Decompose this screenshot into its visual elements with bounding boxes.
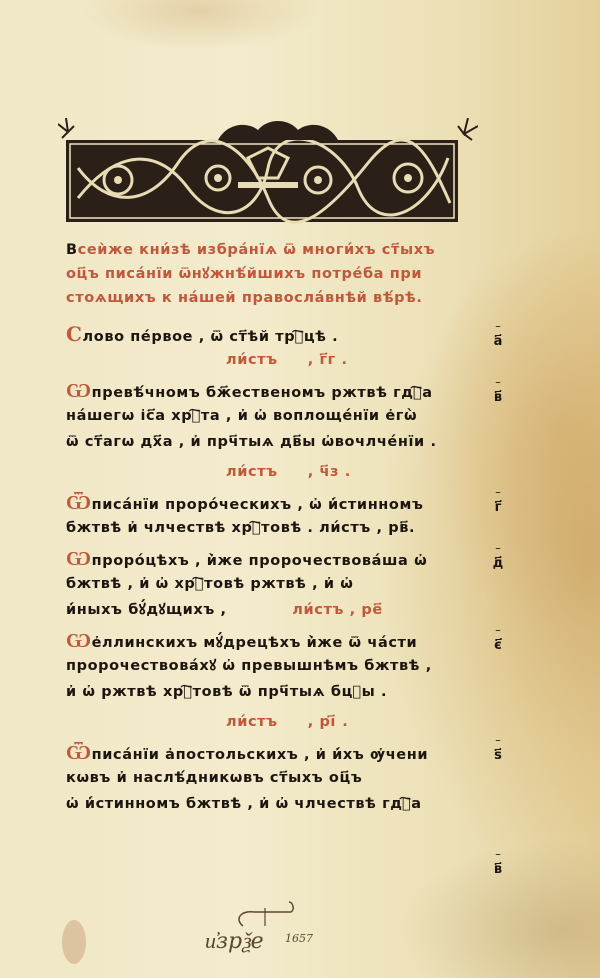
entry-5-folio: ли́стъ, рı҃ . (226, 712, 348, 732)
manuscript-inscription: и҆зрѯе 1657 (205, 900, 345, 960)
entry-3-line-1: Ѿписа́нїи проро́ческихъ , ѡ҆ и҆́стинномъ (66, 492, 423, 512)
entry-3-line-2: бжтвѣ и҆ члчествѣ хрⷭ҇товѣ . ли́стъ , рв… (66, 518, 415, 538)
initial-letter: Ѡ (66, 628, 92, 652)
margin-number-bottom: ‾в҃ (488, 856, 508, 877)
margin-number-4: ‾д҃ (488, 550, 508, 571)
margin-number-2: ‾в҃ (488, 384, 508, 405)
initial-letter: С (66, 322, 83, 346)
entry-5-line-2: пророчествова́хꙋ ѡ҆ превышнѣмъ бжтвѣ , (66, 656, 432, 676)
entry-2-line-3: ѿ ст҃агѡ дх҃а , и҆ прч҃тыѧ дв҃ы ѡ҆вочлче… (66, 432, 437, 452)
title-line-2: оц҃ъ писа́нїи ѿнꙋжнѣ́йшихъ потре́ба при (66, 264, 422, 284)
entry-1-line-1: Слово пе́рвое , ѿ ст҃ѣй трⷪ҇цѣ . (66, 324, 338, 344)
entry-4-line-1: Ѡпроро́цѣхъ , и҆̀же пророчествова́ша ѡ҆ (66, 548, 427, 568)
flourish-icon (235, 900, 295, 928)
initial-letter: Ѿ (66, 740, 92, 764)
inscription-text: и҆зрѯе (205, 928, 264, 954)
entry-2-line-1: Ѡпревѣ́чномъ бж҃ественомъ ржтвѣ гдⷭ҇а (66, 380, 433, 400)
margin-number-5: ‾є҃ (488, 632, 508, 653)
entry-1-folio: ли́стъ, г҃г . (226, 350, 348, 370)
entry-6-line-3: ѡ҆ и҆́стинномъ бжтвѣ , и҆ ѡ҆ члчествѣ гд… (66, 794, 422, 814)
margin-number-1: ‾а҃ (488, 328, 508, 349)
entry-4-line-3: и҆́ныхъ бꙋ́дꙋщихъ , ли́стъ , ре҃ (66, 600, 383, 620)
title-line-1: Всеѝже кни́зѣ избра́нїѧ ѿ многи́хъ ст҃ых… (66, 240, 435, 260)
inscription-year: 1657 (285, 932, 313, 945)
entry-6-line-2: кѡвъ и҆ наслѣ́дникѡвъ ст҃ыхъ оц҃ъ (66, 768, 362, 788)
initial-letter: В (66, 242, 78, 258)
book-page: Всеѝже кни́зѣ избра́нїѧ ѿ многи́хъ ст҃ых… (0, 0, 600, 978)
entry-4-line-2: бжтвѣ , и҆ ѡ҆ хрⷭ҇товѣ ржтвѣ , и҆ ѡ҆ (66, 574, 353, 594)
entry-2-folio: ли́стъ, ч҃з . (226, 462, 351, 482)
initial-letter: Ѿ (66, 490, 92, 514)
title-line-3: стоѧщихъ к на́шей правосла́внѣй вѣ́рѣ. (66, 288, 422, 308)
paper-stain (62, 920, 86, 964)
margin-number-3: ‾г҃ (488, 494, 508, 515)
entry-5-line-3: и҆ ѡ҆ ржтвѣ хрⷭ҇товѣ ѿ прч҃тыѧ бцⷣы . (66, 682, 387, 702)
initial-letter: Ѡ (66, 378, 92, 402)
entry-5-line-1: Ѡе҆ллинскихъ мꙋ́дрецѣхъ и҆̀же ѿ ча́сти (66, 630, 417, 650)
floral-headpiece-ornament-icon (58, 118, 478, 230)
entry-6-line-1: Ѿписа́нїи а҆постольскихъ , и҆ и҆́хъ ѹ҆че… (66, 742, 428, 762)
entry-2-line-2: на́шегѡ і҆с҃а хрⷭ҇та , и҆ ѡ҆ воплоще́нїи… (66, 406, 417, 426)
margin-number-6: ‾ѕ҃ (488, 742, 508, 763)
initial-letter: Ѡ (66, 546, 92, 570)
